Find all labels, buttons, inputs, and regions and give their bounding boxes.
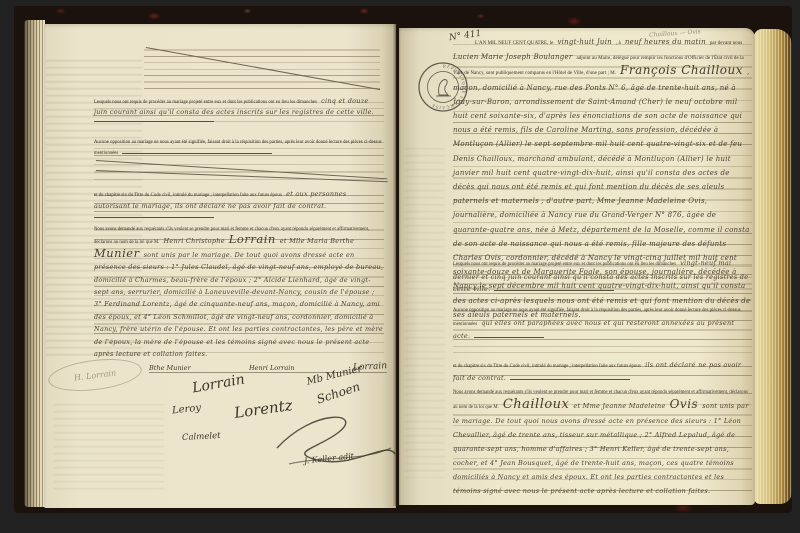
groom-name-large: François Chailloux (620, 63, 743, 77)
right-page: Chailloux — Ovis N° 411 RÉPUBLIQUE FRANÇ… (399, 28, 755, 505)
declaration-paragraph: Nous avons demandé aux requérants s'ils … (94, 221, 384, 359)
opposition-paragraph: Aucune opposition au mariage ne nous aya… (94, 136, 384, 157)
fill-rule (122, 149, 272, 154)
signature: Calmelet (182, 431, 221, 443)
printed-text: Lesquels nous ont requis de procéder au … (453, 262, 676, 267)
margin-annotation-oval: H. Lorrain (47, 354, 144, 395)
blank-rules (453, 341, 752, 353)
stamp-figure (439, 80, 448, 96)
groom-surname: Lorrain (229, 232, 276, 246)
printed-text: L'AN MIL NEUF CENT QUATRE, le (475, 41, 553, 46)
printed-text: Lesquels nous ont requis de procéder au … (94, 100, 317, 105)
cancellation-stroke (146, 47, 380, 90)
blank-ruled-block-top (144, 44, 380, 93)
signature-groom: Henri Lorrain (249, 364, 295, 372)
bleedthrough-texture (54, 404, 164, 494)
code-civil-paragraph: et du chapitre six du Titre du Code civi… (94, 188, 384, 218)
right-fore-edge-pages (754, 29, 792, 504)
officiant-name: Lucien Marie Joseph Boulanger (453, 53, 572, 61)
declaration-paragraph: Nous avons demandé aux requérants s'ils … (453, 383, 752, 497)
code-civil-paragraph: et du chapitre six du Titre du Code civi… (453, 358, 752, 383)
fill-rule (510, 375, 630, 380)
register-scan: Lesquels nous ont requis de procéder au … (0, 0, 800, 533)
fill-rule (474, 333, 544, 338)
handwritten-hour: neuf heures du matin (625, 38, 706, 46)
conjunction: et Mme Jeanne Madeleine (573, 402, 665, 410)
printed-text: par devant nous (710, 41, 742, 46)
fill-rule (494, 286, 614, 291)
left-page: Lesquels nous ont requis de procéder au … (44, 24, 396, 508)
opposition-paragraph: Aucune opposition au mariage ne nous aya… (453, 302, 752, 342)
printed-text: , à (616, 41, 621, 46)
signature-flourish (269, 406, 399, 471)
printed-text: et du chapitre six du Titre du Code civi… (94, 193, 282, 198)
margin-annotation-text: H. Lorrain (73, 368, 116, 382)
blank-ruled-block-mid (94, 158, 384, 185)
fill-rule (94, 117, 214, 122)
handwritten-date: vingt-huit Juin (557, 38, 611, 46)
bleedthrough-texture (405, 148, 445, 478)
bride-surname: Munier (94, 246, 140, 260)
act-body-handwritten: sont unis par le mariage. De tout quoi n… (453, 402, 749, 495)
book-gutter (393, 24, 401, 506)
act-body-handwritten: sont unis par le mariage. De tout quoi a… (94, 251, 383, 358)
signature-bride: Bthe Munier (149, 364, 191, 372)
bride-surname: Ovis (670, 397, 699, 411)
fill-rule (94, 213, 214, 218)
signature: Leroy (172, 403, 202, 417)
publications-paragraph: Lesquels nous ont requis de procéder au … (94, 96, 384, 122)
left-page-edges (24, 20, 45, 507)
groom-surname: Chailloux (503, 397, 570, 412)
signature: Lorrain (191, 372, 246, 397)
groom-firstnames: Henri Christophe (163, 237, 224, 245)
printed-text: et du chapitre six du Titre du Code civi… (453, 364, 641, 369)
publications-paragraph: Lesquels nous ont requis de procéder au … (453, 256, 752, 295)
conjunction: et Mlle Maria Berthe (280, 237, 354, 245)
